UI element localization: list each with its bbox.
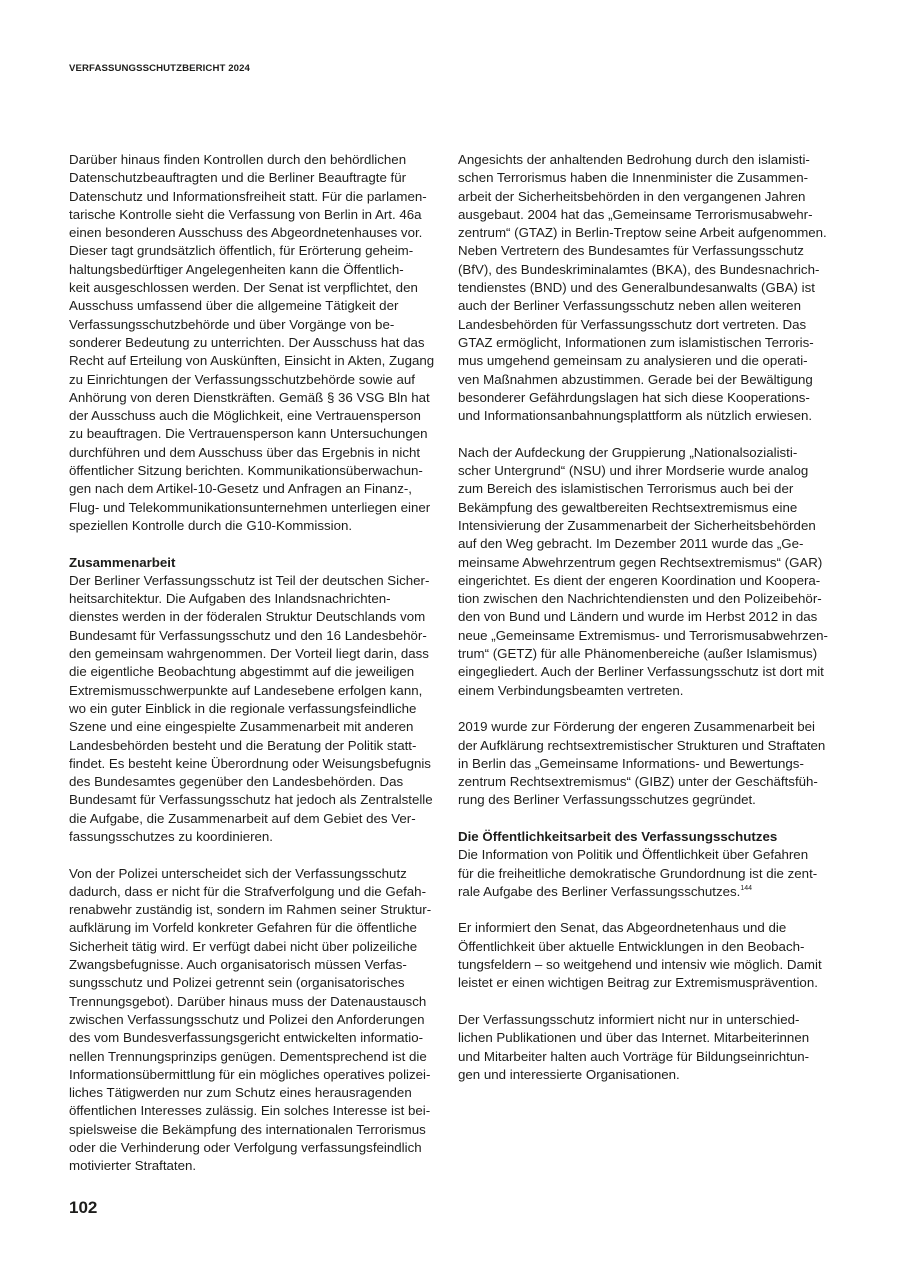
- text-line: Flug- und Telekommunikationsunternehmen …: [69, 499, 449, 517]
- text-line: 2019 wurde zur Förderung der engeren Zus…: [458, 718, 838, 736]
- text-line: tendienstes (BND) und des Generalbundesa…: [458, 279, 838, 297]
- text-line: auf den Weg gebracht. Im Dezember 2011 w…: [458, 535, 838, 553]
- paragraph-public-relations: Die Information von Politik und Öffentli…: [458, 846, 838, 883]
- text-line: den von Bund und Ländern und wurde im He…: [458, 608, 838, 626]
- paragraph-gar-getz: Nach der Aufdeckung der Gruppierung „Nat…: [458, 444, 838, 700]
- text-line: keit ausgeschlossen werden. Der Senat is…: [69, 279, 449, 297]
- text-line: Der Verfassungsschutz informiert nicht n…: [458, 1011, 838, 1029]
- text-line: neue „Gemeinsame Extremismus- und Terror…: [458, 627, 838, 645]
- text-line: für die freiheitliche demokratische Grun…: [458, 865, 838, 883]
- page-number: 102: [69, 1198, 97, 1218]
- paragraph-gtaz: Angesichts der anhaltenden Bedrohung dur…: [458, 151, 838, 425]
- paragraph-police-separation: Von der Polizei unterscheidet sich der V…: [69, 865, 449, 1176]
- text-line: öffentlicher Sitzung berichten. Kommunik…: [69, 462, 449, 480]
- text-line: Bekämpfung des gewaltbereiten Rechtsextr…: [458, 499, 838, 517]
- text-line: Öffentlichkeit über aktuelle Entwicklung…: [458, 938, 838, 956]
- text-line: Von der Polizei unterscheidet sich der V…: [69, 865, 449, 883]
- text-line: meinsame Abwehrzentrum gegen Rechtsextre…: [458, 554, 838, 572]
- text-line: Darüber hinaus finden Kontrollen durch d…: [69, 151, 449, 169]
- paragraph-publications: Der Verfassungsschutz informiert nicht n…: [458, 1011, 838, 1084]
- text-line: liches Tätigwerden nur zum Schutz eines …: [69, 1084, 449, 1102]
- text-line: Landesbehörden besteht und die Beratung …: [69, 737, 449, 755]
- text-line: Nach der Aufdeckung der Gruppierung „Nat…: [458, 444, 838, 462]
- text-line: des vom Bundesverfassungsgericht entwick…: [69, 1029, 449, 1047]
- text-line: öffentlichen Interesses zulässig. Ein so…: [69, 1102, 449, 1120]
- paragraph-cooperation: Der Berliner Verfassungsschutz ist Teil …: [69, 572, 449, 846]
- text-line: der Ausschuss auch die Möglichkeit, eine…: [69, 407, 449, 425]
- text-line: einen besonderen Ausschuss des Abgeordne…: [69, 224, 449, 242]
- text-line: durchführen und dem Ausschuss über das E…: [69, 444, 449, 462]
- text-line: Zwangsbefugnisse. Auch organisatorisch m…: [69, 956, 449, 974]
- paragraph-parliamentary-control: Darüber hinaus finden Kontrollen durch d…: [69, 151, 449, 535]
- text-line: motivierter Straftaten.: [69, 1157, 449, 1175]
- section-heading: Die Öffentlichkeitsarbeit des Verfassung…: [458, 828, 838, 846]
- text-line: sonderer Bedeutung zu unterrichten. Der …: [69, 334, 449, 352]
- text-line: des Bundesamtes gegenüber den Landesbehö…: [69, 773, 449, 791]
- right-column: Angesichts der anhaltenden Bedrohung dur…: [458, 151, 838, 1102]
- text-line: Recht auf Erteilung von Auskünften, Eins…: [69, 352, 449, 370]
- text-line: (BfV), des Bundeskriminalamtes (BKA), de…: [458, 261, 838, 279]
- text-line: schen Terrorismus haben die Innenministe…: [458, 169, 838, 187]
- text-line: einem Verbindungsbeamten vertreten.: [458, 682, 838, 700]
- text-line: Verfassungsschutzbehörde und über Vorgän…: [69, 316, 449, 334]
- text-line: Datenschutz und Informationsfreiheit sta…: [69, 188, 449, 206]
- text-line: Der Berliner Verfassungsschutz ist Teil …: [69, 572, 449, 590]
- text-line: mus umgehend gemeinsam zu analysieren un…: [458, 352, 838, 370]
- text-line: trum“ (GETZ) für alle Phänomenbereiche (…: [458, 645, 838, 663]
- text-line: haltungsbedürftiger Angelegenheiten kann…: [69, 261, 449, 279]
- text-line: zum Bereich des islamistischen Terrorism…: [458, 480, 838, 498]
- left-column: Darüber hinaus finden Kontrollen durch d…: [69, 151, 449, 1194]
- text-line: Datenschutzbeauftragten und die Berliner…: [69, 169, 449, 187]
- text-line: sungsschutz und Polizei getrennt sein (o…: [69, 974, 449, 992]
- text-line: lichen Publikationen und über das Intern…: [458, 1029, 838, 1047]
- footnote-reference[interactable]: 144: [740, 885, 752, 892]
- text-line: Trennungsgebot). Darüber hinaus muss der…: [69, 993, 449, 1011]
- text-line: und Informationsanbahnungsplattform als …: [458, 407, 838, 425]
- text-line: rale Aufgabe des Berliner Verfassungssch…: [458, 883, 838, 901]
- section-oeffentlichkeitsarbeit: Die Öffentlichkeitsarbeit des Verfassung…: [458, 828, 838, 901]
- text-line: zwischen Verfassungsschutz und Polizei d…: [69, 1011, 449, 1029]
- text-line: Bundesamt für Verfassungsschutz hat jedo…: [69, 791, 449, 809]
- text-line: Er informiert den Senat, das Abgeordnete…: [458, 919, 838, 937]
- text-line: in Berlin das „Gemeinsame Informations- …: [458, 755, 838, 773]
- section-zusammenarbeit: Zusammenarbeit Der Berliner Verfassungss…: [69, 554, 449, 847]
- text-line: Landesbehörden für Verfassungsschutz dor…: [458, 316, 838, 334]
- text-line: zentrum Rechtsextremismus“ (GIBZ) unter …: [458, 773, 838, 791]
- text-line: Dieser tagt grundsätzlich öffentlich, fü…: [69, 242, 449, 260]
- section-heading: Zusammenarbeit: [69, 554, 449, 572]
- text-line: Angesichts der anhaltenden Bedrohung dur…: [458, 151, 838, 169]
- text-line: tion zwischen den Nachrichtendiensten un…: [458, 590, 838, 608]
- text-line: Extremismusschwerpunkte auf Landesebene …: [69, 682, 449, 700]
- text-line: renabwehr zuständig ist, sondern im Rahm…: [69, 901, 449, 919]
- text-line: dadurch, dass er nicht für die Strafverf…: [69, 883, 449, 901]
- text-line: Anhörung von deren Dienstkräften. Gemäß …: [69, 389, 449, 407]
- running-header-title: VERFASSUNGSSCHUTZBERICHT 2024: [69, 63, 250, 74]
- text-line: aufklärung im Vorfeld konkreter Gefahren…: [69, 919, 449, 937]
- text-line: ven Maßnahmen abzustimmen. Gerade bei de…: [458, 371, 838, 389]
- text-line: Neben Vertretern des Bundesamtes für Ver…: [458, 242, 838, 260]
- text-line: ausgebaut. 2004 hat das „Gemeinsame Terr…: [458, 206, 838, 224]
- text-line: GTAZ ermöglicht, Informationen zum islam…: [458, 334, 838, 352]
- text-line: tarische Kontrolle sieht die Verfassung …: [69, 206, 449, 224]
- text-line: Die Information von Politik und Öffentli…: [458, 846, 838, 864]
- text-line: Ausschuss umfassend über die allgemeine …: [69, 297, 449, 315]
- text-line: den gemeinsam wahrgenommen. Der Vorteil …: [69, 645, 449, 663]
- text-line: rung des Berliner Verfassungsschutzes ge…: [458, 791, 838, 809]
- text-line: eingegliedert. Auch der Berliner Verfass…: [458, 663, 838, 681]
- text-line: nellen Trennungsprinzips genügen. Dement…: [69, 1048, 449, 1066]
- text-line: auch der Berliner Verfassungsschutz nebe…: [458, 297, 838, 315]
- text-line: speziellen Kontrolle durch die G10-Kommi…: [69, 517, 449, 535]
- text-line: arbeit der Sicherheitsbehörden in den ve…: [458, 188, 838, 206]
- paragraph-informing-senate: Er informiert den Senat, das Abgeordnete…: [458, 919, 838, 992]
- text-line: wo ein guter Einblick in die regionale v…: [69, 700, 449, 718]
- paragraph-gibz: 2019 wurde zur Förderung der engeren Zus…: [458, 718, 838, 809]
- text-line: Intensivierung der Zusammenarbeit der Si…: [458, 517, 838, 535]
- text-line: Bundesamt für Verfassungsschutz und den …: [69, 627, 449, 645]
- text-line: heitsarchitektur. Die Aufgaben des Inlan…: [69, 590, 449, 608]
- text-line: spielsweise die Bekämpfung des internati…: [69, 1121, 449, 1139]
- text-line: Sicherheit tätig wird. Er verfügt dabei …: [69, 938, 449, 956]
- text-line: eingerichtet. Es dient der engeren Koord…: [458, 572, 838, 590]
- text-line: zu Einrichtungen der Verfassungsschutzbe…: [69, 371, 449, 389]
- text-line: scher Untergrund“ (NSU) und ihrer Mordse…: [458, 462, 838, 480]
- text-line: oder die Verhinderung oder Verfolgung ve…: [69, 1139, 449, 1157]
- text-line: fassungsschutzes zu koordinieren.: [69, 828, 449, 846]
- text-line: dienstes werden in der föderalen Struktu…: [69, 608, 449, 626]
- text-line: und Mitarbeiter halten auch Vorträge für…: [458, 1048, 838, 1066]
- text-line: Informationsübermittlung für ein möglich…: [69, 1066, 449, 1084]
- text-line: Szene und eine eingespielte Zusammenarbe…: [69, 718, 449, 736]
- text-line: tungsfeldern – so weitgehend und intensi…: [458, 956, 838, 974]
- text-line: die eigentliche Beobachtung abgestimmt a…: [69, 663, 449, 681]
- text-line: leistet er einen wichtigen Beitrag zur E…: [458, 974, 838, 992]
- text-line: gen und interessierte Organisationen.: [458, 1066, 838, 1084]
- text-line: zentrum“ (GTAZ) in Berlin-Treptow seine …: [458, 224, 838, 242]
- text-line: gen nach dem Artikel-10-Gesetz und Anfra…: [69, 480, 449, 498]
- text-line: die Aufgabe, die Zusammenarbeit auf dem …: [69, 810, 449, 828]
- text-line: der Aufklärung rechtsextremistischer Str…: [458, 737, 838, 755]
- text-line: zu beauftragen. Die Vertrauensperson kan…: [69, 425, 449, 443]
- text-line: besonderer Gefährdungslagen hat sich die…: [458, 389, 838, 407]
- text-line: findet. Es besteht keine Überordnung ode…: [69, 755, 449, 773]
